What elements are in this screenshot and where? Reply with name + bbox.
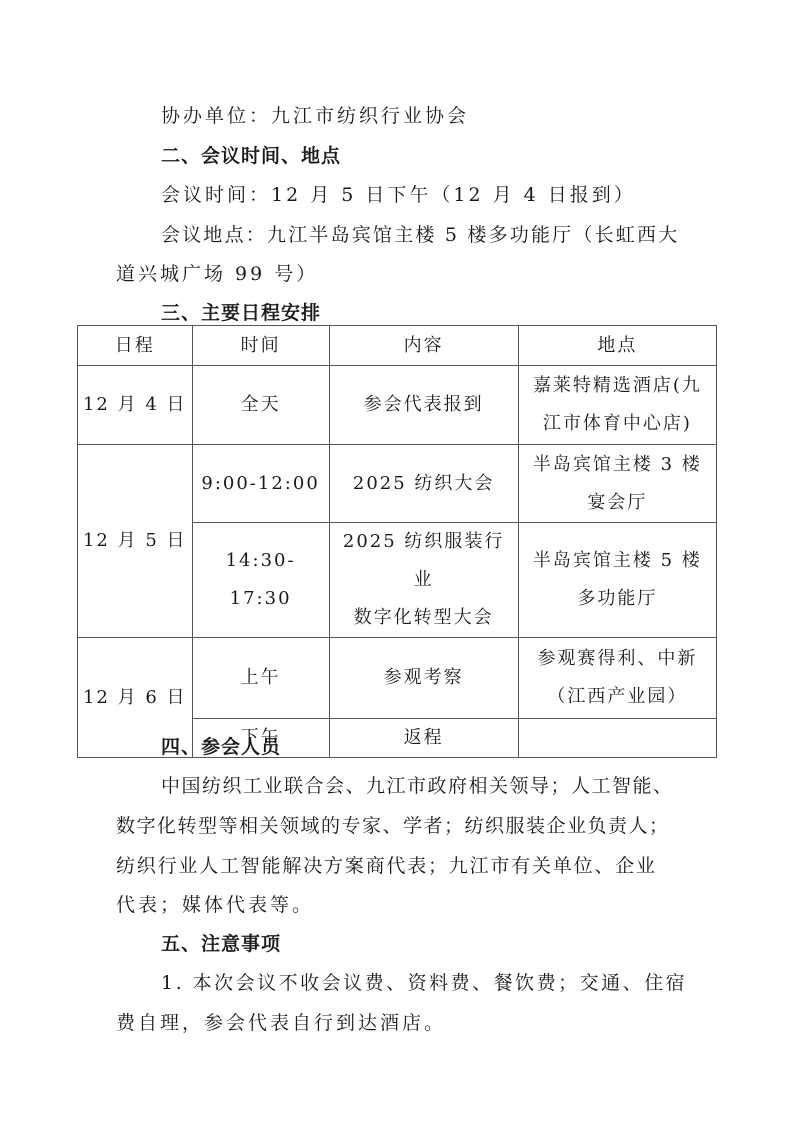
table-row: 12 月 5 日 9:00-12:00 2025 纺织大会 半岛宾馆主楼 3 楼… — [78, 445, 717, 523]
section2-heading: 二、会议时间、地点 — [161, 141, 341, 168]
section3-heading: 三、主要日程安排 — [161, 298, 321, 325]
location-line: （江西产业园） — [523, 678, 712, 716]
location-line: 江市体育中心店) — [523, 405, 712, 443]
section5-heading: 五、注意事项 — [161, 929, 281, 956]
location-line: 多功能厅 — [523, 580, 712, 618]
header-date: 日程 — [78, 326, 193, 366]
cell-date: 12 月 5 日 — [78, 445, 193, 638]
attendees-line: 代表；媒体代表等。 — [116, 890, 314, 917]
cell-location: 半岛宾馆主楼 5 楼 多功能厅 — [518, 523, 716, 638]
content-line: 数字化转型大会 — [334, 599, 514, 637]
section4-heading: 四、参会人员 — [161, 732, 281, 759]
location-line: 宴会厅 — [523, 484, 712, 522]
notice-line: 费自理，参会代表自行到达酒店。 — [116, 1008, 446, 1035]
header-location: 地点 — [518, 326, 716, 366]
content-line: 2025 纺织服装行业 — [334, 523, 514, 599]
cell-location — [518, 719, 716, 758]
attendees-line: 中国纺织工业联合会、九江市政府相关领导；人工智能、 — [161, 771, 674, 798]
cell-time: 全天 — [192, 366, 329, 445]
table-row: 12 月 6 日 上午 参观考察 参观赛得利、中新 （江西产业园） — [78, 638, 717, 719]
table-header-row: 日程 时间 内容 地点 — [78, 326, 717, 366]
cell-content: 参观考察 — [329, 638, 518, 719]
cell-content: 2025 纺织服装行业 数字化转型大会 — [329, 523, 518, 638]
location-line: 半岛宾馆主楼 3 楼 — [523, 446, 712, 484]
schedule-table: 日程 时间 内容 地点 12 月 4 日 全天 参会代表报到 嘉莱特精选酒店(九… — [77, 325, 717, 758]
header-time: 时间 — [192, 326, 329, 366]
table-row: 12 月 4 日 全天 参会代表报到 嘉莱特精选酒店(九 江市体育中心店) — [78, 366, 717, 445]
meeting-place-line1: 会议地点：九江半岛宾馆主楼 5 楼多功能厅（长虹西大 — [161, 220, 679, 247]
attendees-line: 纺织行业人工智能解决方案商代表；九江市有关单位、企业 — [116, 851, 657, 878]
header-content: 内容 — [329, 326, 518, 366]
cell-time: 上午 — [192, 638, 329, 719]
cell-time: 14:30-17:30 — [192, 523, 329, 638]
cell-time: 9:00-12:00 — [192, 445, 329, 523]
co-organizer-line: 协办单位：九江市纺织行业协会 — [161, 101, 469, 128]
meeting-time-line: 会议时间：12 月 5 日下午（12 月 4 日报到） — [161, 180, 636, 207]
notice-line: 1. 本次会议不收会议费、资料费、餐饮费；交通、住宿 — [161, 968, 687, 995]
location-line: 参观赛得利、中新 — [523, 640, 712, 678]
cell-location: 参观赛得利、中新 （江西产业园） — [518, 638, 716, 719]
cell-date: 12 月 4 日 — [78, 366, 193, 445]
cell-content: 参会代表报到 — [329, 366, 518, 445]
cell-location: 半岛宾馆主楼 3 楼 宴会厅 — [518, 445, 716, 523]
meeting-place-line2: 道兴城广场 99 号） — [116, 259, 318, 286]
attendees-line: 数字化转型等相关领域的专家、学者；纺织服装企业负责人； — [116, 811, 670, 838]
cell-content: 返程 — [329, 719, 518, 758]
cell-location: 嘉莱特精选酒店(九 江市体育中心店) — [518, 366, 716, 445]
location-line: 半岛宾馆主楼 5 楼 — [523, 542, 712, 580]
location-line: 嘉莱特精选酒店(九 — [523, 367, 712, 405]
cell-content: 2025 纺织大会 — [329, 445, 518, 523]
